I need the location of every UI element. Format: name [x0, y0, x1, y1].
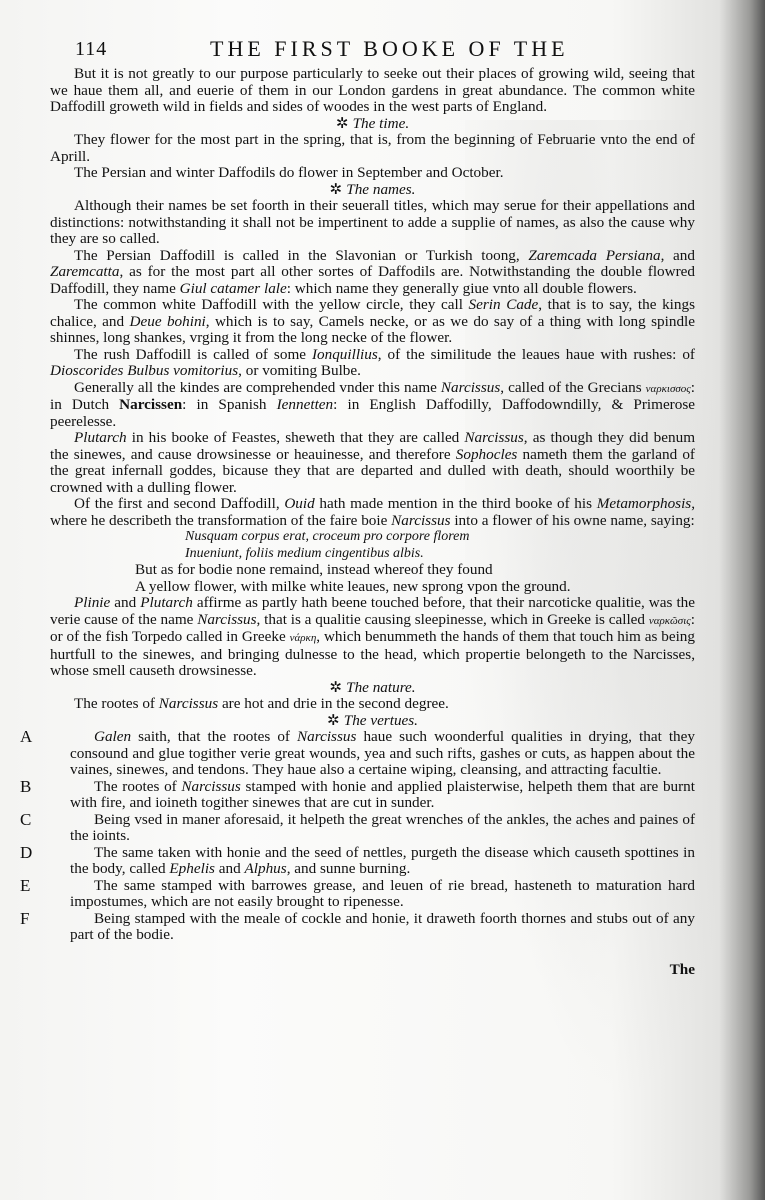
paragraph: They flower for the most part in the spr… [50, 132, 695, 165]
marginal-letter: B [20, 779, 40, 796]
paragraph: Generally all the kindes are comprehende… [50, 380, 695, 431]
virtue-item-a: A Galen saith, that the rootes of Narcis… [20, 729, 695, 779]
book-page: 114 THE FIRST BOOKE OF THE But it is not… [0, 0, 765, 1200]
catchword: The [50, 962, 695, 979]
page-header: 114 THE FIRST BOOKE OF THE [75, 38, 675, 64]
paragraph: Plinie and Plutarch affirme as partly ha… [50, 595, 695, 680]
paragraph: The Persian and winter Daffodils do flow… [50, 165, 695, 182]
paragraph: Plutarch in his booke of Feastes, shewet… [50, 430, 695, 496]
virtue-item-e: E The same stamped with barrowes grease,… [20, 878, 695, 911]
virtue-item-c: C Being vsed in maner aforesaid, it help… [20, 812, 695, 845]
page-number: 114 [75, 38, 107, 61]
section-heading-vertues: ✲The vertues. [50, 713, 695, 730]
verse-line: But as for bodie none remaind, instead w… [50, 562, 695, 579]
marginal-letter: E [20, 878, 40, 895]
section-mark-icon: ✲ [330, 181, 343, 198]
section-heading-nature: ✲The nature. [50, 680, 695, 697]
paragraph: Of the first and second Daffodill, Ouid … [50, 496, 695, 529]
verse-quote: Nusquam corpus erat, croceum pro corpore… [50, 529, 695, 595]
marginal-letter: F [20, 911, 40, 928]
marginal-letter: C [20, 812, 40, 829]
section-mark-icon: ✲ [327, 712, 340, 729]
section-heading-time: ✲The time. [50, 116, 695, 133]
paragraph: Although their names be set foorth in th… [50, 198, 695, 248]
section-mark-icon: ✲ [336, 115, 349, 132]
paragraph-places: But it is not greatly to our purpose par… [50, 66, 695, 116]
marginal-letter: D [20, 845, 40, 862]
verse-line: A yellow flower, with milke white leaues… [50, 579, 695, 596]
running-title: THE FIRST BOOKE OF THE [210, 36, 569, 62]
virtue-item-f: F Being stamped with the meale of cockle… [20, 911, 695, 944]
body-text: But it is not greatly to our purpose par… [50, 66, 695, 978]
section-heading-names: ✲The names. [50, 182, 695, 199]
paragraph: The Persian Daffodill is called in the S… [50, 248, 695, 298]
verse-line: Inueniunt, foliis medium cingentibus alb… [50, 546, 695, 563]
virtue-item-b: B The rootes of Narcissus stamped with h… [20, 779, 695, 812]
marginal-letter: A [20, 729, 40, 746]
paragraph: The common white Daffodill with the yell… [50, 297, 695, 347]
verse-line: Nusquam corpus erat, croceum pro corpore… [50, 529, 695, 546]
section-mark-icon: ✲ [329, 679, 342, 696]
paragraph: The rush Daffodill is called of some Ion… [50, 347, 695, 380]
paragraph: The rootes of Narcissus are hot and drie… [50, 696, 695, 713]
virtue-item-d: D The same taken with honie and the seed… [20, 845, 695, 878]
